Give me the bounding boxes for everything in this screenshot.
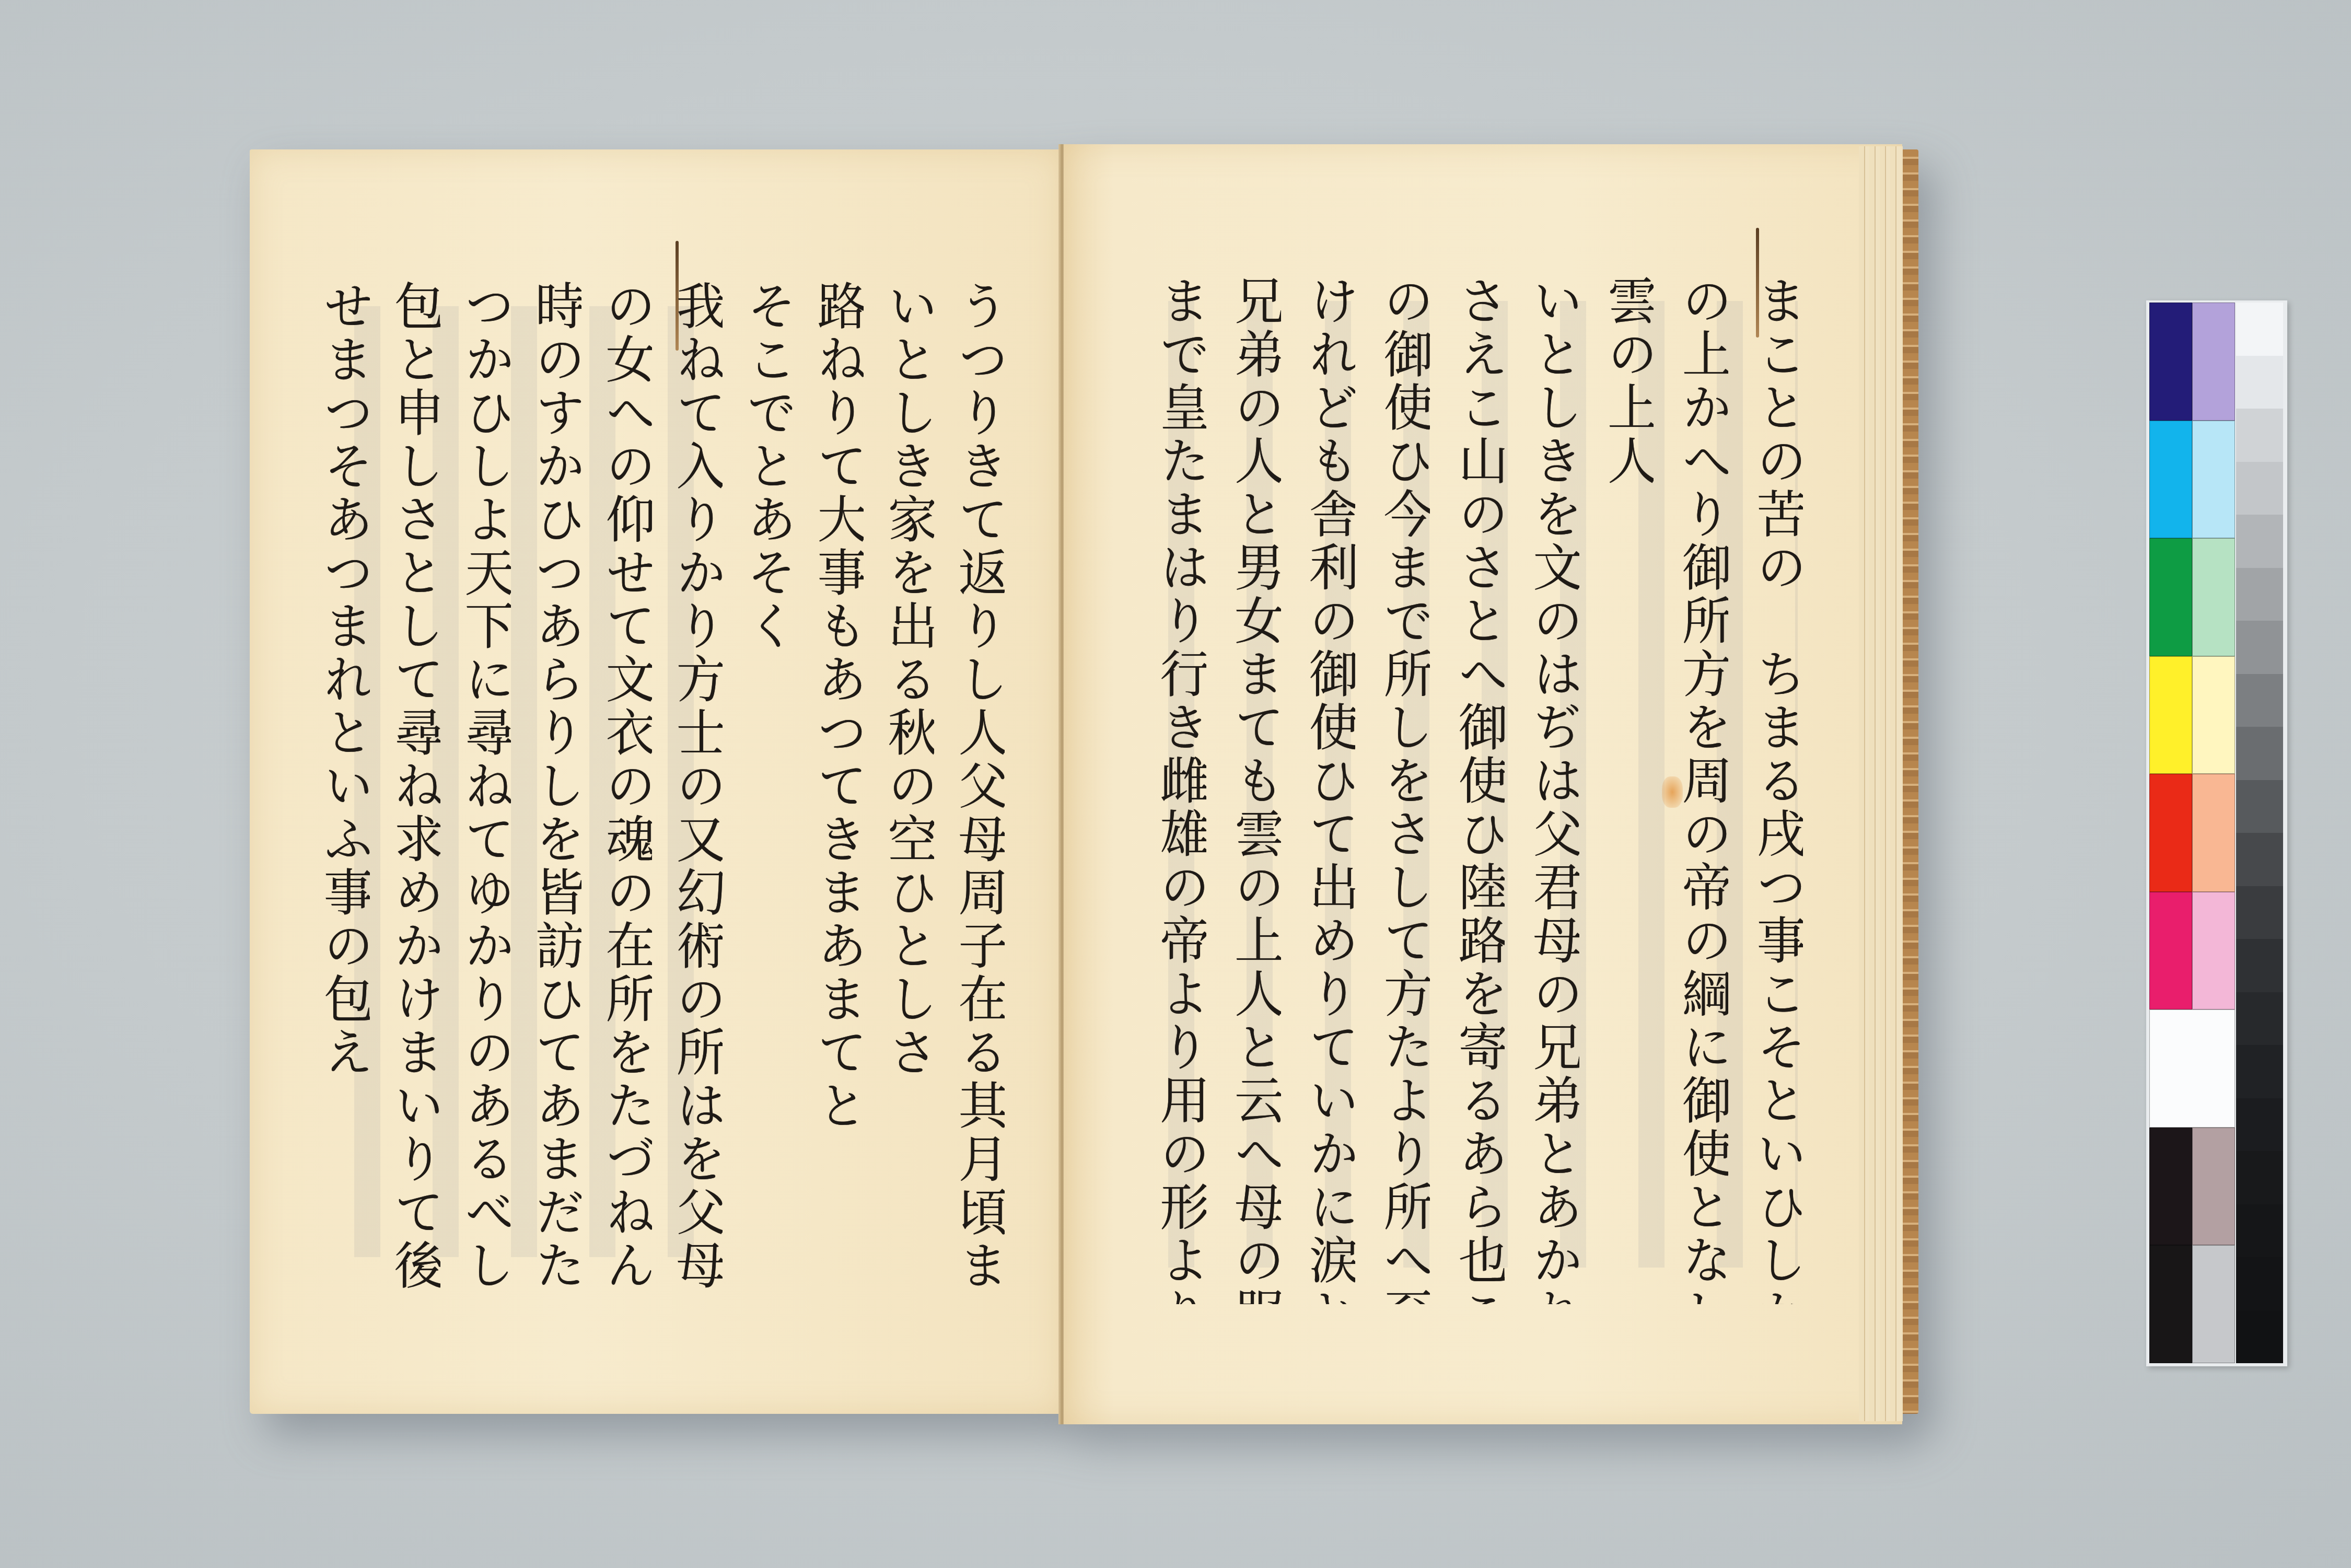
- swatch-light-gray: [2192, 1245, 2235, 1363]
- gray-step-19: [2236, 1257, 2283, 1310]
- gray-step-20: [2236, 1310, 2283, 1364]
- text-column: 路ねりて大事もあつてきまあまてと: [793, 280, 864, 1294]
- text-column: 時のすかひつあらりしを皆訪ひてあまだたづねず: [511, 280, 581, 1294]
- gray-step-9: [2236, 727, 2283, 780]
- text-column: の女への仰せて文衣の魂の在所をたづねんとて: [581, 280, 652, 1294]
- swatch-black-2: [2149, 1245, 2192, 1363]
- swatch-taupe: [2192, 1128, 2235, 1246]
- gray-step-13: [2236, 939, 2283, 992]
- gray-step-2: [2236, 356, 2283, 409]
- swatch-magenta: [2149, 892, 2192, 1010]
- gray-step-4: [2236, 462, 2283, 515]
- text-column: うつりきて返りし人父母周子在る其月頃まではるかし神と: [934, 280, 1005, 1294]
- swatch-green: [2149, 538, 2192, 656]
- gray-step-17: [2236, 1151, 2283, 1204]
- gray-step-12: [2236, 886, 2283, 939]
- gray-step-11: [2236, 833, 2283, 886]
- text-column: 雲の上人: [1579, 275, 1654, 1304]
- page-stack-edge: [1859, 146, 1903, 1421]
- cover-edge: [1903, 149, 1918, 1414]
- right-page: まことの苦の ちまる戌つ事こそといひしかれども我をば の上かへり御所方を周の帝の…: [1064, 144, 1902, 1424]
- swatch-white: [2149, 1009, 2235, 1128]
- gray-step-18: [2236, 1204, 2283, 1258]
- text-column: いとしきを文のはぢは父君母の兄弟とあかれ浅てまだ: [1505, 275, 1579, 1304]
- text-column: まことの苦の ちまる戌つ事こそといひしかれども我をば: [1728, 275, 1803, 1304]
- color-swatch-grid: [2149, 303, 2235, 1363]
- gray-step-10: [2236, 780, 2283, 833]
- gray-step-5: [2236, 515, 2283, 568]
- gray-step-8: [2236, 674, 2283, 727]
- swatch-light-green: [2192, 538, 2235, 656]
- open-manuscript-book: うつりきて返りし人父母周子在る其月頃まではるかし神と いとしき家を出る秋の空ひと…: [250, 144, 1922, 1424]
- swatch-cyan: [2149, 421, 2192, 539]
- gray-scale-strip: [2236, 303, 2283, 1363]
- text-column: の上かへり御所方を周の帝の綱に御使となして: [1654, 275, 1728, 1304]
- swatch-yellow: [2149, 656, 2192, 774]
- swatch-peach: [2192, 774, 2235, 892]
- text-column: の御使ひ今まで所しをさして方たより所へ至る書: [1355, 275, 1430, 1304]
- swatch-light-cyan: [2192, 421, 2235, 539]
- left-page: うつりきて返りし人父母周子在る其月頃まではるかし神と いとしき家を出る秋の空ひと…: [250, 149, 1062, 1414]
- color-calibration-chart: [2146, 300, 2287, 1366]
- gray-step-3: [2236, 409, 2283, 462]
- text-column: そこでとあそく: [723, 280, 793, 1294]
- gray-step-7: [2236, 621, 2283, 674]
- text-column: せまつそあつまれといふ事の包え: [299, 280, 370, 1294]
- right-page-text-columns: まことの苦の ちまる戌つ事こそといひしかれども我をば の上かへり御所方を周の帝の…: [1132, 275, 1803, 1304]
- text-column: まで皇たまはり行き雌雄の帝より用の形よりまでに: [1132, 275, 1206, 1304]
- gray-step-6: [2236, 568, 2283, 621]
- swatch-dark-blue: [2149, 303, 2192, 421]
- text-column: 我ねて入りかり方士の又幻術の所はを父母: [652, 280, 723, 1294]
- gray-step-16: [2236, 1098, 2283, 1152]
- swatch-red: [2149, 774, 2192, 892]
- text-column: 包と申しさとして尋ね求めかけまいりて後に帰る: [370, 280, 440, 1294]
- text-column: いとしき家を出る秋の空ひとしさ: [864, 280, 934, 1294]
- swatch-pink: [2192, 892, 2235, 1010]
- text-column: つかひしよ天下に尋ねてゆかりのあるべしより: [440, 280, 511, 1294]
- swatch-light-yellow: [2192, 656, 2235, 774]
- swatch-black: [2149, 1128, 2192, 1246]
- text-column: さえこ山のさとへ御使ひ陸路を寄るあら也こひ: [1430, 275, 1505, 1304]
- text-column: けれども舎利の御使ひて出めりていかに涙とて大臣: [1281, 275, 1356, 1304]
- gray-step-1: [2236, 303, 2283, 356]
- swatch-lavender: [2192, 303, 2235, 421]
- text-column: 兄弟の人と男女まても雲の上人と云へ母の服: [1206, 275, 1281, 1304]
- gray-step-15: [2236, 1045, 2283, 1098]
- left-page-text-columns: うつりきて返りし人父母周子在る其月頃まではるかし神と いとしき家を出る秋の空ひと…: [299, 280, 1005, 1294]
- gray-step-14: [2236, 992, 2283, 1046]
